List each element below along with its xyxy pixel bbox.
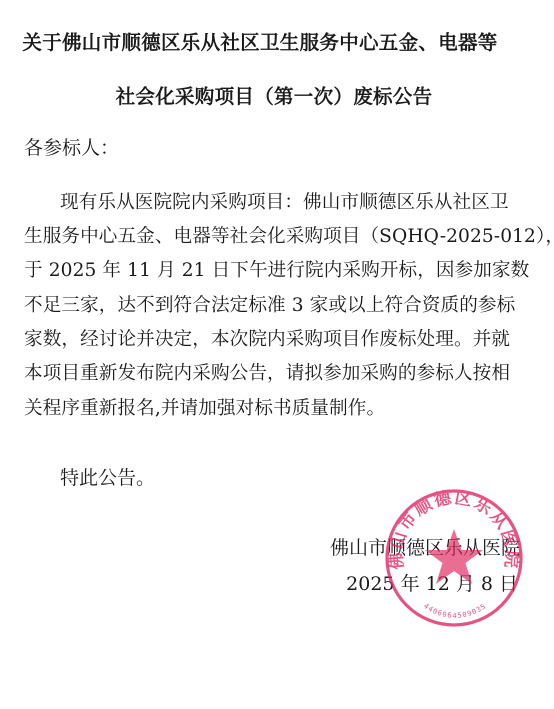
body-line-4: 不足三家，达不到符合法定标准 3 家或以上符合资质的参标 <box>24 294 515 318</box>
document-page: 关于佛山市顺德区乐从社区卫生服务中心五金、电器等 社会化采购项目（第一次）废标公… <box>0 0 554 709</box>
salutation: 各参标人： <box>24 136 119 160</box>
body-line-6: 本项目重新发布院内采购公告，请拟参加采购的参标人按相 <box>24 362 510 386</box>
body-line-3: 于 2025 年 11 月 21 日下午进行院内采购开标，因参加家数 <box>24 259 529 283</box>
closing-remark: 特此公告。 <box>60 466 155 490</box>
signature-date: 2025 年 12 月 8 日 <box>346 572 518 596</box>
body-line-7: 关程序重新报名,并请加强对标书质量制作。 <box>24 397 385 421</box>
body-line-2: 生服务中心五金、电器等社会化采购项目（SQHQ-2025-012）， <box>24 225 554 249</box>
document-title-line-1: 关于佛山市顺德区乐从社区卫生服务中心五金、电器等 <box>0 31 537 55</box>
svg-text:4406064509035: 4406064509035 <box>422 602 488 620</box>
body-line-5: 家数，经讨论并决定，本次院内采购项目作废标处理。并就 <box>24 328 510 352</box>
signature-organization: 佛山市顺德区乐从医院 <box>330 536 520 560</box>
document-title-line-2: 社会化采购项目（第一次）废标公告 <box>0 85 551 109</box>
body-line-1: 现有乐从医院院内采购项目：佛山市顺德区乐从社区卫 <box>60 191 509 215</box>
